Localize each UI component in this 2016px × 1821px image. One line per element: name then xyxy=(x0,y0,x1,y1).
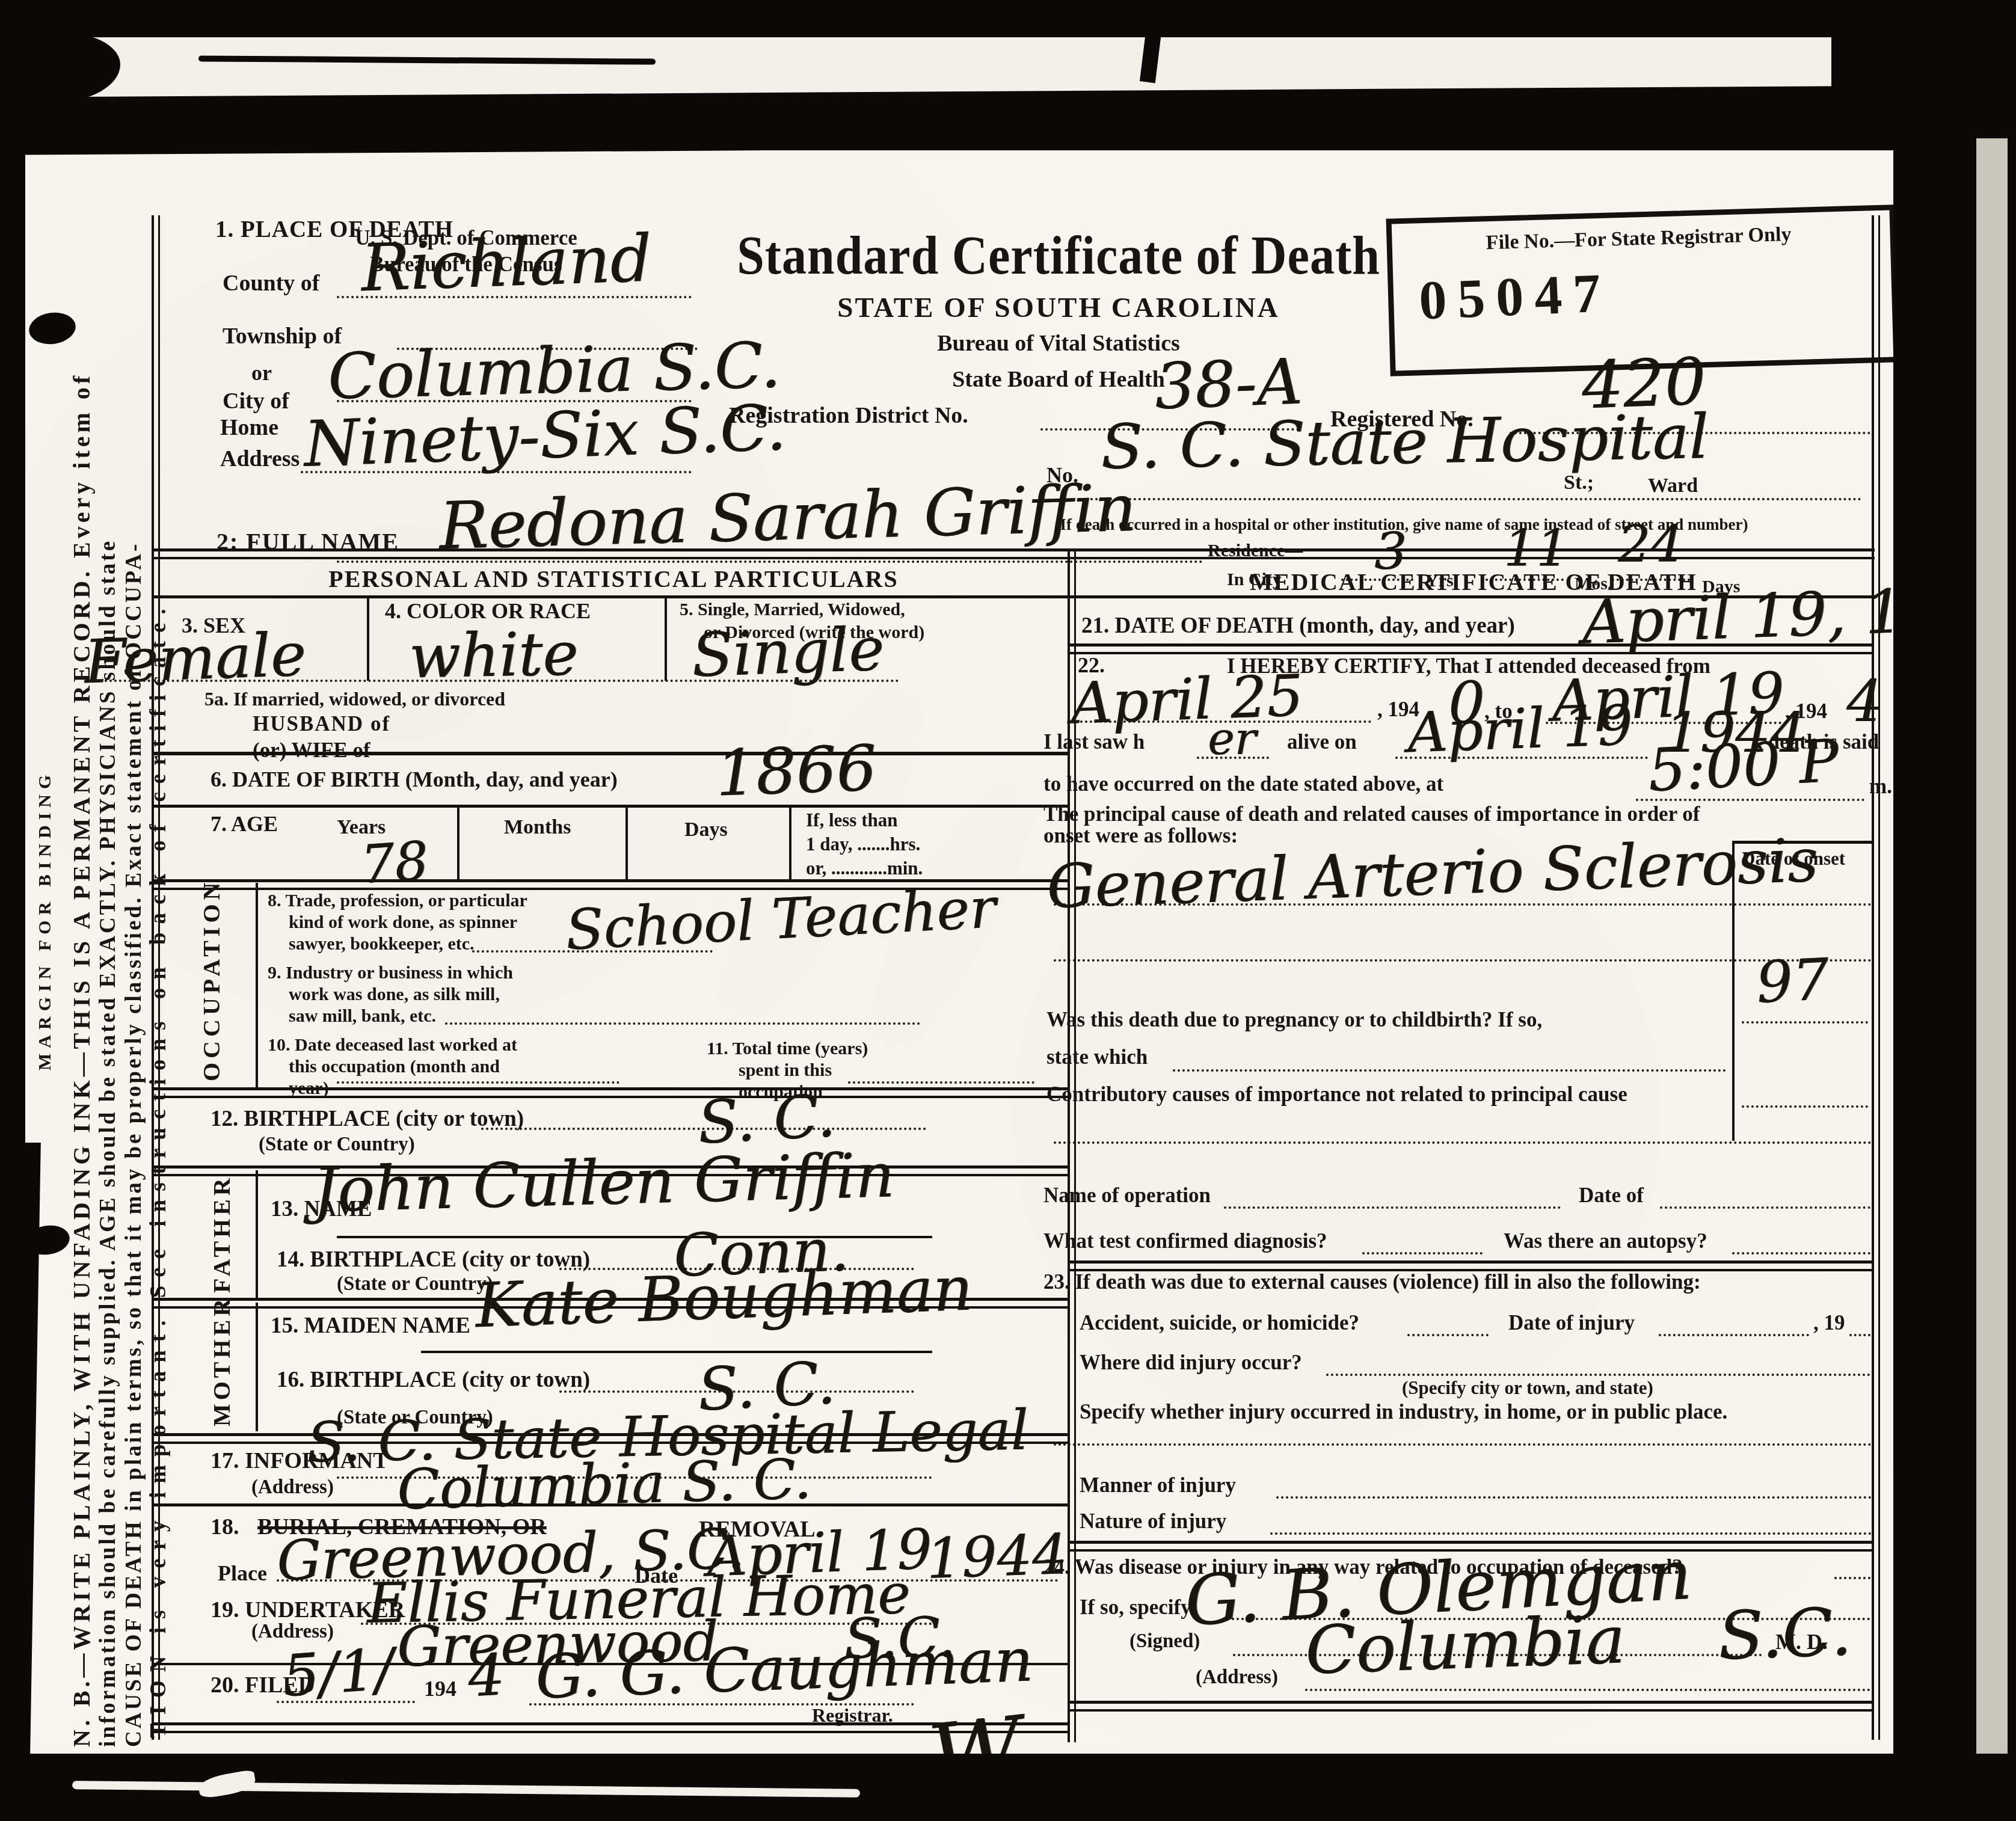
occurred-text: to have occurred on the date stated abov… xyxy=(1043,773,1443,796)
operation-line xyxy=(1224,1206,1561,1209)
township-label: Township of xyxy=(223,325,342,349)
home-address-value: Ninety-Six S.C. xyxy=(303,399,787,473)
age-label: 7. AGE xyxy=(211,813,278,836)
registration-district-value: 38-A xyxy=(1154,354,1303,416)
manner-line xyxy=(1276,1496,1872,1499)
f11-label-2: spent in this xyxy=(739,1061,832,1080)
margin-note-line2: information should be carefully supplied… xyxy=(95,539,121,1747)
lastsaw-fill-line xyxy=(1197,757,1269,759)
accident-line xyxy=(1407,1334,1489,1336)
age-note-1: If, less than xyxy=(806,811,897,831)
rule-bottom-right-half xyxy=(1069,1701,1872,1712)
physician-address-label: (Address) xyxy=(1196,1667,1278,1688)
lastsaw-date-line xyxy=(1395,757,1648,759)
test-label: What test confirmed diagnosis? xyxy=(1043,1230,1327,1253)
injury-19-label: , 19 xyxy=(1813,1312,1845,1334)
onset-line-1 xyxy=(1742,1021,1868,1024)
rule-under-occupation xyxy=(153,1087,1068,1098)
onset-value: 97 xyxy=(1755,954,1830,1010)
f19-addr-label: (Address) xyxy=(251,1621,334,1642)
nature-label: Nature of injury xyxy=(1080,1511,1226,1533)
f10-line xyxy=(337,1081,619,1084)
f21-label: 21. DATE OF DEATH (month, day, and year) xyxy=(1081,615,1515,638)
f20-date-value: 5/1/ xyxy=(281,1644,395,1703)
scanned-death-certificate: MARGIN FOR BINDING N. B.—WRITE PLAINLY, … xyxy=(0,0,2016,1821)
age-months-label: Months xyxy=(504,817,571,838)
divider-race-marital xyxy=(665,598,667,681)
rule-under-f17 xyxy=(153,1503,1068,1506)
occupation-vertical-label: OCCUPATION xyxy=(197,879,226,1081)
principal-cause-text-1: The principal cause of death and related… xyxy=(1043,803,1700,826)
f9-label-2: work was done, as silk mill, xyxy=(289,985,500,1004)
certificate-title: Standard Certificate of Death xyxy=(680,227,1437,284)
f20-line xyxy=(277,1701,415,1703)
operation-date-label: Date of xyxy=(1579,1185,1644,1207)
specify-city-note: (Specify city or town, and state) xyxy=(1317,1378,1738,1398)
county-value: Richland xyxy=(360,230,653,298)
rule-under-f21 xyxy=(1069,643,1872,654)
city-label: City of xyxy=(223,390,289,414)
signed-label: (Signed) xyxy=(1129,1631,1200,1652)
f18-number: 18. xyxy=(211,1515,239,1540)
file-number-value: 05047 xyxy=(1418,263,1612,330)
manner-label: Manner of injury xyxy=(1080,1475,1236,1497)
pregnancy-line xyxy=(1173,1069,1726,1072)
f12-label: 12. BIRTHPLACE (city or town) xyxy=(211,1108,524,1131)
f23-bottom-line xyxy=(1054,1443,1872,1446)
header-bureau: Bureau of Vital Statistics xyxy=(680,332,1437,356)
injury-date-label: Date of injury xyxy=(1508,1312,1635,1334)
f12-value: S. C. xyxy=(696,1090,837,1150)
specify-industry-text: Specify whether injury occurred in indus… xyxy=(1080,1401,1727,1423)
burial-place-label: Place xyxy=(218,1562,267,1585)
file-number-box-label: File No.—For State Registrar Only xyxy=(1410,222,1867,256)
where-label: Where did injury occur? xyxy=(1080,1352,1302,1374)
f15-value: Kate Boughman xyxy=(475,1262,974,1334)
autopsy-label: Was there an autopsy? xyxy=(1504,1230,1707,1253)
age-divider-2 xyxy=(625,807,628,882)
injury-19-line xyxy=(1849,1334,1870,1336)
f8-value: School Teacher xyxy=(564,883,997,956)
header-board: State Board of Health xyxy=(680,368,1437,392)
f20-year-printed: 194 xyxy=(424,1678,456,1701)
age-divider-3 xyxy=(789,807,791,882)
f5a-label-2: HUSBAND of xyxy=(253,713,390,735)
onset-column-divider xyxy=(1732,843,1735,1141)
autopsy-line xyxy=(1732,1252,1870,1254)
pregnancy-text-1: Was this death due to pregnancy or to ch… xyxy=(1046,1009,1542,1031)
occurred-line xyxy=(1636,799,1864,801)
lastsaw-text-2: alive on xyxy=(1287,731,1357,754)
margin-binding-label: MARGIN FOR BINDING xyxy=(35,770,55,1070)
contributory-line xyxy=(1054,1141,1872,1144)
onset-column-top-rule xyxy=(1732,841,1873,844)
age-note-3: or, ............min. xyxy=(806,859,923,879)
occurred-time: 5:00 P xyxy=(1647,735,1840,798)
f12-sub-label: (State or Country) xyxy=(259,1134,415,1155)
f8-label-2: kind of work done, as spinner xyxy=(289,913,517,932)
f15-line xyxy=(421,1351,932,1353)
full-name-value: Redona Sarah Griffin xyxy=(438,479,1137,556)
ifso-label: If so, specify xyxy=(1080,1597,1191,1619)
scan-right-light-strip xyxy=(1976,138,2008,1762)
injury-date-line xyxy=(1659,1334,1809,1336)
institution-st-label: St.; xyxy=(1564,472,1594,494)
divider-sex-race xyxy=(367,598,369,681)
lastsaw-fill: er xyxy=(1208,719,1256,760)
mother-label-divider xyxy=(256,1303,258,1431)
dob-value: 1866 xyxy=(715,740,877,802)
contributory-text: Contributory causes of importance not re… xyxy=(1046,1084,1627,1106)
age-note-2: 1 day, .......hrs. xyxy=(806,835,920,855)
f14-sub-label: (State or Country) xyxy=(337,1274,493,1295)
line-under-sex-row xyxy=(90,680,899,682)
f16-label: 16. BIRTHPLACE (city or town) xyxy=(277,1369,590,1392)
father-vertical-label: FATHER xyxy=(207,1175,236,1293)
marital-value: Single xyxy=(691,622,885,683)
operation-date-line xyxy=(1660,1206,1870,1209)
occupation-label-divider xyxy=(256,883,258,1087)
occurred-m-label: m. xyxy=(1869,776,1892,798)
residence-days-value: 24 xyxy=(1618,522,1683,568)
f13-value: John Cullen Griffin xyxy=(312,1148,895,1218)
accident-label: Accident, suicide, or homicide? xyxy=(1080,1312,1359,1334)
cause-line-2 xyxy=(1054,959,1872,962)
margin-note-line1: N. B.—WRITE PLAINLY, WITH UNFADING INK—T… xyxy=(67,372,96,1747)
f11-line xyxy=(848,1081,1034,1084)
bottom-scribble: W xyxy=(925,1709,1025,1759)
nature-line xyxy=(1270,1532,1872,1535)
dob-label: 6. DATE OF BIRTH (Month, day, and year) xyxy=(211,769,618,791)
physician-address-value: Columbia S.C. xyxy=(1305,1602,1852,1681)
pregnancy-text-2: state which xyxy=(1046,1046,1148,1069)
certificate-paper: MARGIN FOR BINDING N. B.—WRITE PLAINLY, … xyxy=(24,150,1898,1759)
f23-text: 23. If death was due to external causes … xyxy=(1043,1271,1701,1294)
f22-to-year-hw: 4 xyxy=(1846,677,1882,728)
left-section-title: PERSONAL AND STATISTICAL PARTICULARS xyxy=(168,567,1059,592)
father-label-divider xyxy=(256,1170,258,1299)
where-line xyxy=(1326,1374,1870,1376)
f9-label-1: 9. Industry or business in which xyxy=(268,963,513,983)
f11-label-1: 11. Total time (years) xyxy=(707,1039,868,1058)
county-label: County of xyxy=(223,272,320,296)
rule-under-name-row xyxy=(153,548,1875,559)
f5a-label-1: 5a. If married, widowed, or divorced xyxy=(204,689,505,710)
age-days-label: Days xyxy=(684,819,728,841)
scan-top-dot xyxy=(1437,0,1466,33)
or-label: or xyxy=(251,362,272,385)
f9-line xyxy=(445,1022,920,1025)
cause-line-1 xyxy=(1054,903,1872,906)
age-divider-1 xyxy=(457,807,459,882)
mother-vertical-label: MOTHER xyxy=(207,1295,236,1426)
f8-label-3: sawyer, bookkeeper, etc. xyxy=(289,935,475,954)
physician-address-line xyxy=(1305,1689,1870,1691)
institution-value: S. C. State Hospital xyxy=(1100,410,1709,475)
institution-line xyxy=(1086,498,1861,500)
principal-cause-text-2: onset were as follows: xyxy=(1043,825,1238,847)
f9-label-3: saw mill, bank, etc. xyxy=(289,1007,436,1026)
rule-under-5a xyxy=(153,752,1068,755)
margin-note-line3: CAUSE OF DEATH in plain terms, so that i… xyxy=(121,542,147,1747)
onset-column-label: Date of onset xyxy=(1742,849,1845,869)
operation-label: Name of operation xyxy=(1043,1185,1211,1207)
lastsaw-text-1: I last saw h xyxy=(1043,731,1145,754)
rule-under-dob xyxy=(153,805,1068,808)
f5a-label-3: (or) WIFE of xyxy=(253,740,370,762)
f20-year-hw: 4 xyxy=(467,1650,506,1703)
header-state: STATE OF SOUTH CAROLINA xyxy=(680,293,1437,323)
f8-label-1: 8. Trade, profession, or particular xyxy=(268,891,527,910)
f17-addr-label: (Address) xyxy=(251,1477,334,1498)
home-label-2: Address xyxy=(220,447,300,471)
lastsaw-date: April 19 xyxy=(1407,701,1633,758)
f10-label-1: 10. Date deceased last worked at xyxy=(268,1036,517,1055)
scan-heavy-streak xyxy=(0,85,1937,155)
f24-line xyxy=(1834,1577,1870,1579)
f21-value: April 19, 1944 xyxy=(1581,580,1898,649)
institution-ward-label: Ward xyxy=(1648,475,1698,497)
form-border-right xyxy=(1872,215,1880,1740)
test-line xyxy=(1362,1252,1483,1254)
f20-registrar-signature: G. G. Caughman xyxy=(535,1633,1034,1705)
home-label-1: Home xyxy=(220,416,278,440)
onset-line-2 xyxy=(1742,1105,1868,1108)
race-value: white xyxy=(408,627,579,684)
form-border-left xyxy=(152,215,160,1740)
f10-label-2: this occupation (month and xyxy=(289,1057,500,1076)
f15-label: 15. MAIDEN NAME xyxy=(271,1315,470,1338)
